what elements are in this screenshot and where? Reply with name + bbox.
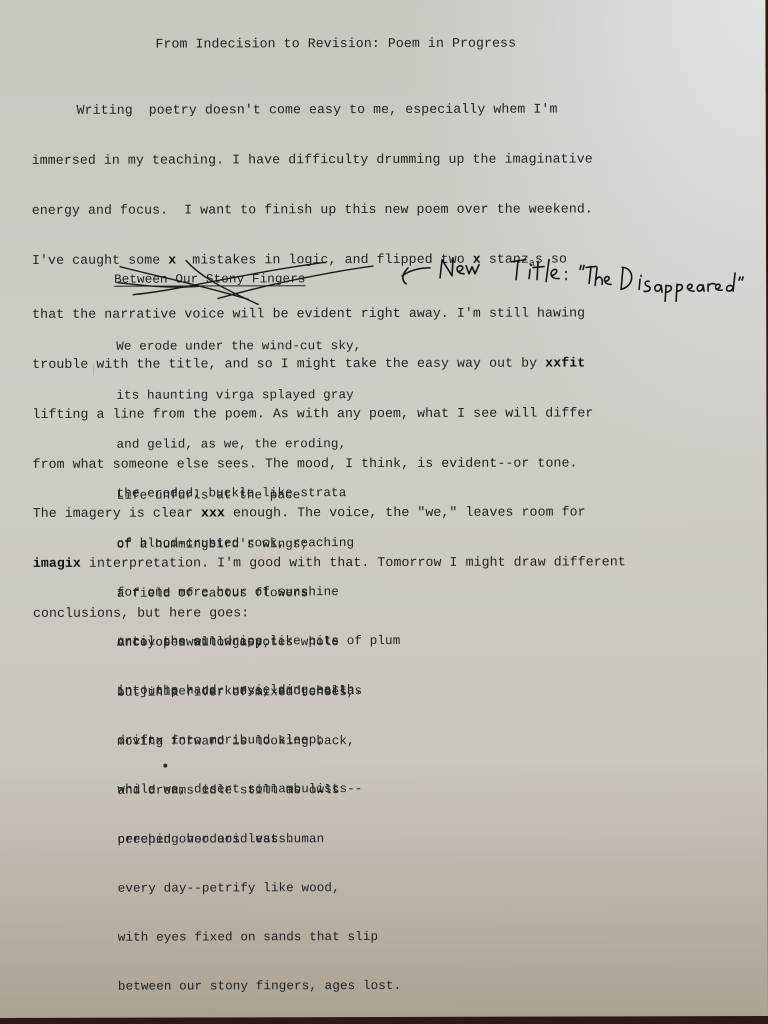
typed-page: From Indecision to Revision: Poem in Pro… — [0, 0, 768, 1018]
poem-line: its haunting virga splayed gray — [116, 387, 399, 404]
poem-line: while we, desert somnambulists-- — [117, 781, 400, 798]
poem-line: in juniper darkness, and chollas — [117, 683, 400, 700]
poem-line: with eyes fixed on sands that slip — [118, 929, 401, 946]
poem-line: between our stony fingers, ages lost. — [118, 978, 401, 995]
typed-strikeover: imagix — [33, 556, 81, 571]
poem-line: every day--petrify like wood, — [118, 880, 401, 897]
poem-line: We erode under the wind-cut sky, — [116, 338, 399, 355]
handwritten-new-title-note — [398, 253, 766, 314]
poem-line: driftx into moribund sleep; — [117, 732, 400, 749]
poem-line: of a hummingbird's wings; — [117, 536, 354, 553]
pencil-mark — [90, 364, 94, 376]
poem-line: a field of cactus flowers — [117, 585, 354, 602]
poem-original-title: Between Our Stony Fingers — [114, 272, 305, 287]
poem-line: and gelid, as we, the eroding, — [116, 436, 399, 453]
typed-strikeover: xxfit — [545, 356, 585, 371]
poem-stanza-3: Arroyos swallow coyotes whole in juniper… — [117, 601, 401, 1024]
paragraph-line: immersed in my teaching. I have difficul… — [32, 151, 625, 169]
paragraph-line: energy and focus. I want to finish up th… — [32, 201, 625, 219]
poem-line: Arroyos swallow coyotes whole — [117, 634, 400, 651]
paragraph-line: Writing poetry doesn't come easy to me, … — [32, 102, 625, 120]
poem-line: Life unfurls at the pace — [117, 487, 354, 504]
ink-dot — [163, 764, 167, 768]
text-run: I've caught some — [32, 252, 168, 267]
page-title: From Indecision to Revision: Poem in Pro… — [155, 36, 516, 52]
poem-line: creeping hoodoos less human — [118, 831, 401, 848]
